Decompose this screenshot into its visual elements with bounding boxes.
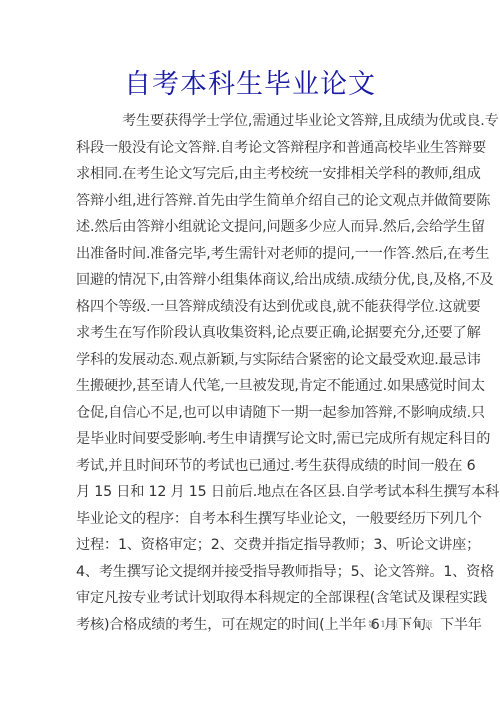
document-body: 考生要获得学士学位,需通过毕业论文答辩,且成绩为优或良.专 科段一般没有论文答辩… [76, 108, 446, 638]
text-line: 仓促,自信心不足,也可以申请随下一期一起参加答辩,不影响成绩.只 [76, 400, 446, 427]
text-line: 过程：1、资格审定；2、交费并指定指导教师；3、听论文讲座； [76, 532, 446, 559]
text-line: 科段一般没有论文答辩.自考论文答辩程序和普通高校毕业生答辩要 [76, 135, 446, 162]
text-line: 求相同.在考生论文写完后,由主考校统一安排相关学科的教师,组成 [76, 161, 446, 188]
text-line: 毕业论文的程序：自考本科生撰写毕业论文，一般要经历下列几个 [76, 506, 446, 533]
text-line: 月 15 日和 12 月 15 日前后.地点在各区县.自学考试本科生撰写本科 [76, 479, 446, 506]
page-number: 第 1 页 共 4 页 [368, 619, 434, 630]
text-line: 格四个等级.一旦答辩成绩没有达到优或良,就不能获得学位.这就要 [76, 294, 446, 321]
document-title: 自考本科生毕业论文 [0, 62, 500, 101]
text-line: 学科的发展动态.观点新颖,与实际结合紧密的论文最受欢迎.最忌讳 [76, 347, 446, 374]
text-line: 出准备时间.准备完毕,考生需针对老师的提问,一一作答.然后,在考生 [76, 241, 446, 268]
document-page: 自考本科生毕业论文 考生要获得学士学位,需通过毕业论文答辩,且成绩为优或良.专 … [0, 0, 500, 708]
text-line: 审定凡按专业考试计划取得本科规定的全部课程(含笔试及课程实践 [76, 585, 446, 612]
text-line: 答辩小组,进行答辩.首先由学生简单介绍自己的论文观点并做简要陈 [76, 188, 446, 215]
text-line: 回避的情况下,由答辩小组集体商议,给出成绩.成绩分优,良,及格,不及 [76, 267, 446, 294]
text-line: 考生要获得学士学位,需通过毕业论文答辩,且成绩为优或良.专 [76, 108, 446, 135]
text-line: 4、考生撰写论文提纲并接受指导教师指导；5、论文答辩。1、资格 [76, 559, 446, 586]
text-line: 求考生在写作阶段认真收集资料,论点要正确,论据要充分,还要了解 [76, 320, 446, 347]
text-line: 考试,并且时间环节的考试也已通过.考生获得成绩的时间一般在 6 [76, 453, 446, 480]
text-line: 是毕业时间要受影响.考生申请撰写论文时,需已完成所有规定科目的 [76, 426, 446, 453]
text-line: 生搬硬抄,甚至请人代笔,一旦被发现,肯定不能通过.如果感觉时间太 [76, 373, 446, 400]
text-line: 述.然后由答辩小组就论文提问,问题多少应人而异.然后,会给学生留 [76, 214, 446, 241]
